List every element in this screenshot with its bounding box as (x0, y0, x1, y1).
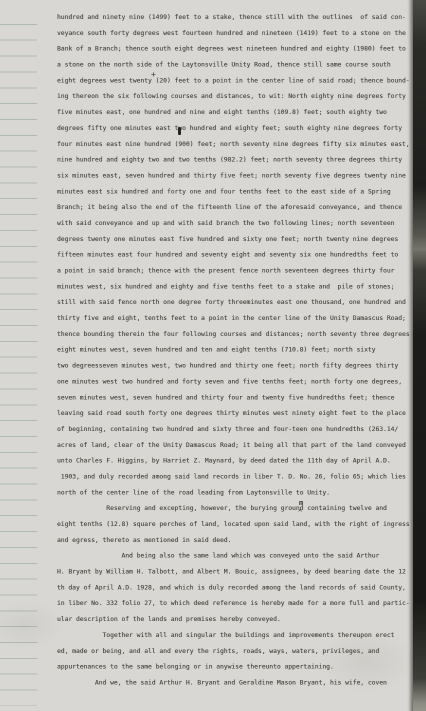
text-line: ular description of the lands and premis… (0, 611, 426, 627)
text-line: leaving said road south forty one degree… (0, 405, 426, 421)
text-line: and egress, thereto as mentioned in said… (0, 532, 426, 548)
text-line: And we, the said Arthur H. Bryant and Ge… (0, 674, 426, 690)
typewriter-inserted-letter: m (299, 500, 303, 507)
text-line: a point in said branch; thence with the … (0, 263, 426, 279)
typewriter-insertion-caret: + (151, 71, 156, 79)
text-line: Bank of a Branch; thence south eight deg… (0, 41, 426, 57)
text-line: minutes east six hundred and forty one a… (0, 183, 426, 199)
text-line: eight degrees west twenty (20) feet to a… (0, 72, 426, 88)
text-line: degrees fifty one minutes east two hundr… (0, 120, 426, 136)
document-text: hundred and ninety nine (1499) feet to a… (0, 9, 426, 690)
text-line: eight tenths (12.8) square perches of la… (0, 516, 426, 532)
ink-overstrike-mark (178, 127, 181, 135)
text-line: degrees twenty one minutes east five hun… (0, 231, 426, 247)
text-line: appurtenances to the same belonging or i… (0, 659, 426, 675)
page-gutter-shadow (413, 0, 426, 711)
deed-page: hundred and ninety nine (1499) feet to a… (0, 0, 426, 711)
text-line: Reserving and excepting, however, the bu… (0, 500, 426, 516)
text-line: minutes west, six hundred and eighty and… (0, 278, 426, 294)
text-line: six minutes east, seven hundred and thir… (0, 167, 426, 183)
text-line: acres of land, clear of the Unity Damasc… (0, 437, 426, 453)
typewriter-insertion-caret-under: ^ (298, 510, 302, 517)
text-line: And being also the same land which was c… (0, 548, 426, 564)
text-line: Together with all and singular the build… (0, 627, 426, 643)
text-line: eight minutes west, seven hundred and te… (0, 342, 426, 358)
text-line: north of the center line of the road lea… (0, 484, 426, 500)
text-line: four minutes east nine hundred (900) fee… (0, 136, 426, 152)
text-line: with said conveyance and up and with sai… (0, 215, 426, 231)
text-line: H. Bryant by William H. Talbott, and Alb… (0, 564, 426, 580)
text-line: of beginning, containing two hundred and… (0, 421, 426, 437)
text-line: still with said fence north one degree f… (0, 294, 426, 310)
text-line: Branch; it being also the end of the fif… (0, 199, 426, 215)
text-line: veyance south forty degrees west fourtee… (0, 25, 426, 41)
text-line: fifteen minutes east four hundred and se… (0, 247, 426, 263)
text-line: one minutes west two hundred and forty s… (0, 373, 426, 389)
text-line: five minutes east, one hundred and nine … (0, 104, 426, 120)
text-line: a stone on the north side of the Laytons… (0, 57, 426, 73)
text-line: thence bounding therein the four followi… (0, 326, 426, 342)
text-line: two degreesseven minutes west, two hundr… (0, 358, 426, 374)
text-line: thirty five and eight, tenths feet to a … (0, 310, 426, 326)
text-line: 1903, and duly recorded among said land … (0, 468, 426, 484)
text-line: ing thereon the six following courses an… (0, 88, 426, 104)
text-line: ed, made or being, and all and every the… (0, 643, 426, 659)
text-line: in liber No. 332 folio 27, to which deed… (0, 595, 426, 611)
text-line: unto Charles F. Higgins, by Harriet Z. M… (0, 453, 426, 469)
text-line: th day of April A.D. 1928, and which is … (0, 579, 426, 595)
text-line: hundred and ninety nine (1499) feet to a… (0, 9, 426, 25)
text-line: seven minutes west, seven hundred and th… (0, 389, 426, 405)
text-line: nine hundred and eighty two and two tent… (0, 152, 426, 168)
